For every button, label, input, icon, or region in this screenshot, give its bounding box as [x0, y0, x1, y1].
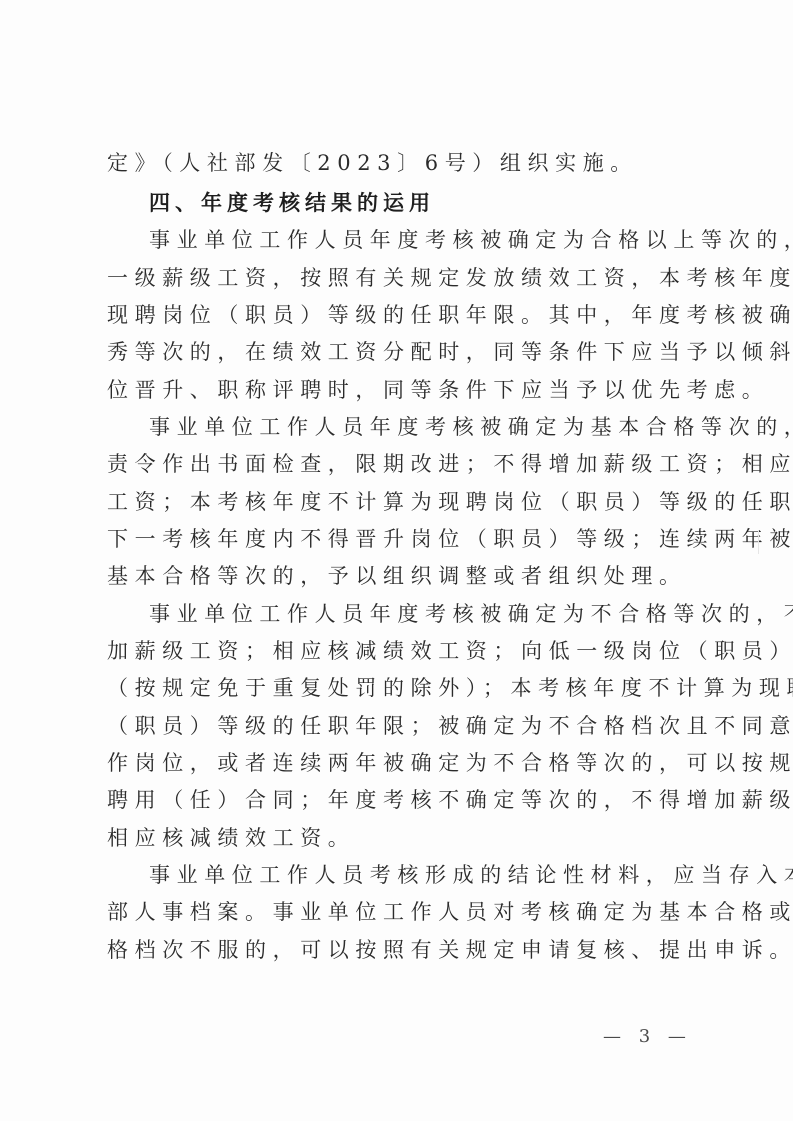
- paragraph-2-line-4: 下一考核年度内不得晋升岗位（职员）等级；连续两年被确定为: [107, 524, 697, 554]
- paragraph-4-line-2: 部人事档案。事业单位工作人员对考核确定为基本合格或者不合: [107, 897, 697, 927]
- continuation-line: 定》（人社部发〔2023〕6号）组织实施。: [107, 148, 697, 178]
- paragraph-1-line-5: 位晋升、职称评聘时，同等条件下应当予以优先考虑。: [107, 375, 697, 405]
- paragraph-3-line-6: 聘用（任）合同；年度考核不确定等次的，不得增加薪级工资；: [107, 785, 697, 815]
- paragraph-4-line-1: 事业单位工作人员考核形成的结论性材料，应当存入本人干: [149, 860, 697, 890]
- paragraph-1-line-3: 现聘岗位（职员）等级的任职年限。其中，年度考核被确定为优: [107, 300, 697, 330]
- page-number: — 3 —: [603, 1025, 692, 1049]
- paragraph-4-line-3: 格档次不服的，可以按照有关规定申请复核、提出申诉。: [107, 935, 697, 965]
- paragraph-1-line-1: 事业单位工作人员年度考核被确定为合格以上等次的，增加: [149, 225, 697, 255]
- paragraph-3-line-5: 作岗位，或者连续两年被确定为不合格等次的，可以按规定解除: [107, 748, 697, 778]
- paragraph-3-line-1: 事业单位工作人员年度考核被确定为不合格等次的，不得增: [149, 599, 697, 629]
- paragraph-2-line-5: 基本合格等次的，予以组织调整或者组织处理。: [107, 561, 697, 591]
- paragraph-1-line-2: 一级薪级工资，按照有关规定发放绩效工资，本考核年度计算为: [107, 263, 697, 293]
- section-heading: 四、年度考核结果的运用: [149, 188, 739, 218]
- scan-artifact-divider: [758, 530, 759, 554]
- paragraph-2-line-3: 工资；本考核年度不计算为现聘岗位（职员）等级的任职年限，: [107, 487, 697, 517]
- paragraph-3-line-4: （职员）等级的任职年限；被确定为不合格档次且不同意调整工: [107, 711, 697, 741]
- paragraph-1-line-4: 秀等次的，在绩效工资分配时，同等条件下应当予以倾斜；在岗: [107, 337, 697, 367]
- paragraph-2-line-1: 事业单位工作人员年度考核被确定为基本合格等次的，应当: [149, 412, 697, 442]
- paragraph-3-line-7: 相应核减绩效工资。: [107, 823, 697, 853]
- paragraph-3-line-3: （按规定免于重复处罚的除外）；本考核年度不计算为现聘岗位: [107, 673, 697, 703]
- paragraph-3-line-2: 加薪级工资；相应核减绩效工资；向低一级岗位（职员）等级调整: [107, 636, 697, 666]
- document-page: 定》（人社部发〔2023〕6号）组织实施。 四、年度考核结果的运用 事业单位工作…: [0, 0, 793, 1121]
- paragraph-2-line-2: 责令作出书面检查，限期改进；不得增加薪级工资；相应核减绩效: [107, 449, 697, 479]
